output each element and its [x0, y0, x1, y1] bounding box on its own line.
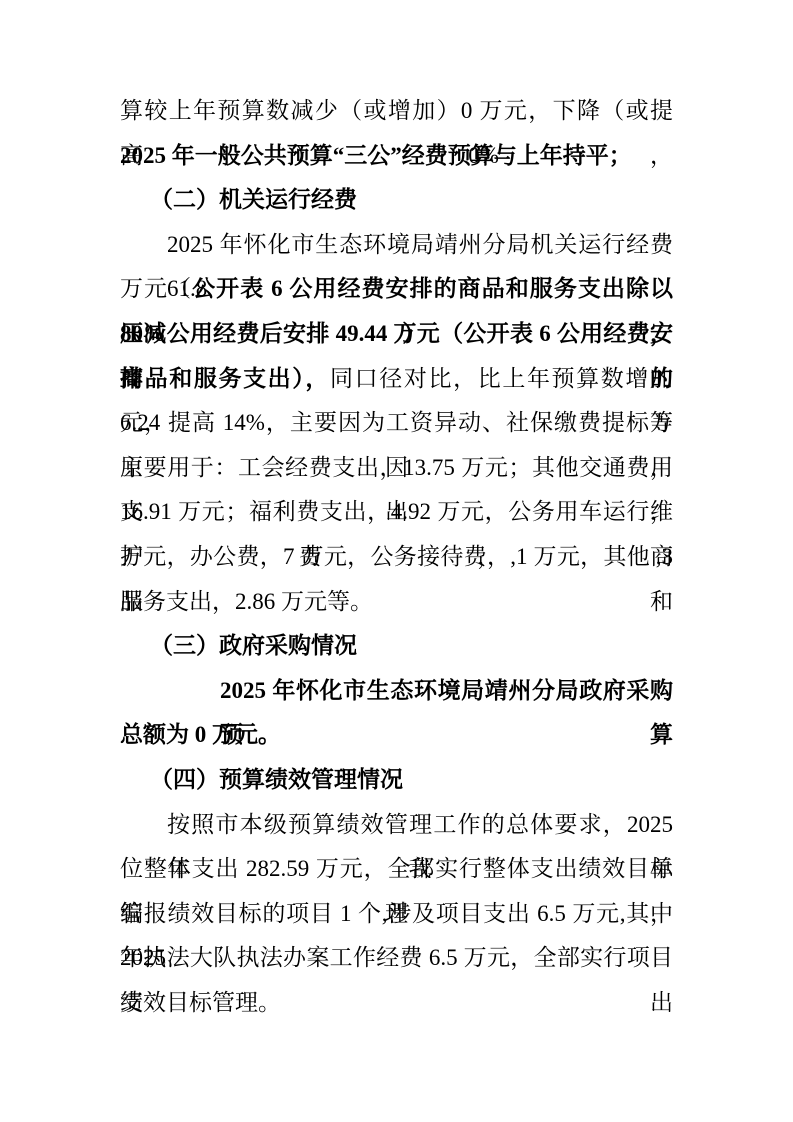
text-line: 年执法大队执法办案工作经费 6.5 万元，全部实行项目支出	[120, 936, 673, 981]
text-line: 算较上年预算数减少（或增加）0 万元，下降（或提高）0%，	[120, 89, 673, 134]
heading-text: （四）预算绩效管理情况	[150, 767, 403, 792]
heading-text: （二）机关运行经费	[150, 187, 357, 212]
text-line: 商品和服务支出），同口径对比，比上年预算数增加 6.24 万	[120, 357, 673, 402]
text-segment: 2025 年怀化市生态环境局靖州分局政府采购预算	[220, 678, 673, 748]
text-segment: 2025 年一般公共预算“三公”经费预算与上年持平；	[120, 143, 632, 168]
text-line: 万元，办公费，7 万元，公务接待费，,1 万元，其他商品和	[120, 535, 673, 580]
document-page: 算较上年预算数减少（或增加）0 万元，下降（或提高）0%， 2025 年一般公共…	[0, 0, 793, 1122]
text-line: 万元（公开表 6 公用经费安排的商品和服务支出除以 80%），	[120, 267, 673, 312]
text-line: 16.91 万元；福利费支出，4.92 万元，公务用车运行维护费，,3	[120, 490, 673, 535]
text-line-emphasis: 压减公用经费后安排 49.44 万元（公开表 6 公用经费安排的	[120, 312, 673, 357]
text-line: 2025 年怀化市生态环境局靖州分局机关运行经费 61.8	[120, 223, 673, 268]
text-line: 位整体支出 282.59 万元，全部实行整体支出绩效目标管理，	[120, 847, 673, 892]
section-heading-4: （四）预算绩效管理情况	[120, 758, 673, 803]
text-line-emphasis: 2025 年怀化市生态环境局靖州分局政府采购预算	[120, 669, 673, 714]
section-heading-2: （二）机关运行经费	[120, 178, 673, 223]
text-segment: 总额为 0 万元。	[120, 722, 281, 747]
text-line: 元，提高 14%，主要因为工资异动、社保缴费提标等原因，	[120, 401, 673, 446]
text-line: 按照市本级预算绩效管理工作的总体要求，2025 年我单	[120, 803, 673, 848]
text-segment: 万元（	[120, 276, 192, 301]
text-segment-bold: 商品和服务支出），	[120, 366, 330, 391]
heading-text: （三）政府采购情况	[150, 633, 357, 658]
text-line-emphasis: 2025 年一般公共预算“三公”经费预算与上年持平；	[120, 134, 673, 179]
section-heading-3: （三）政府采购情况	[120, 624, 673, 669]
text-line: 主要用于：工会经费支出，13.75 万元；其他交通费用支出，	[120, 446, 673, 491]
document-body: 算较上年预算数减少（或增加）0 万元，下降（或提高）0%， 2025 年一般公共…	[120, 89, 673, 1025]
text-segment: 绩效目标管理。	[120, 990, 281, 1015]
text-segment: 服务支出，2.86 万元等。	[120, 589, 373, 614]
text-line: 编报绩效目标的项目 1 个,涉及项目支出 6.5 万元,其中 2025	[120, 892, 673, 937]
